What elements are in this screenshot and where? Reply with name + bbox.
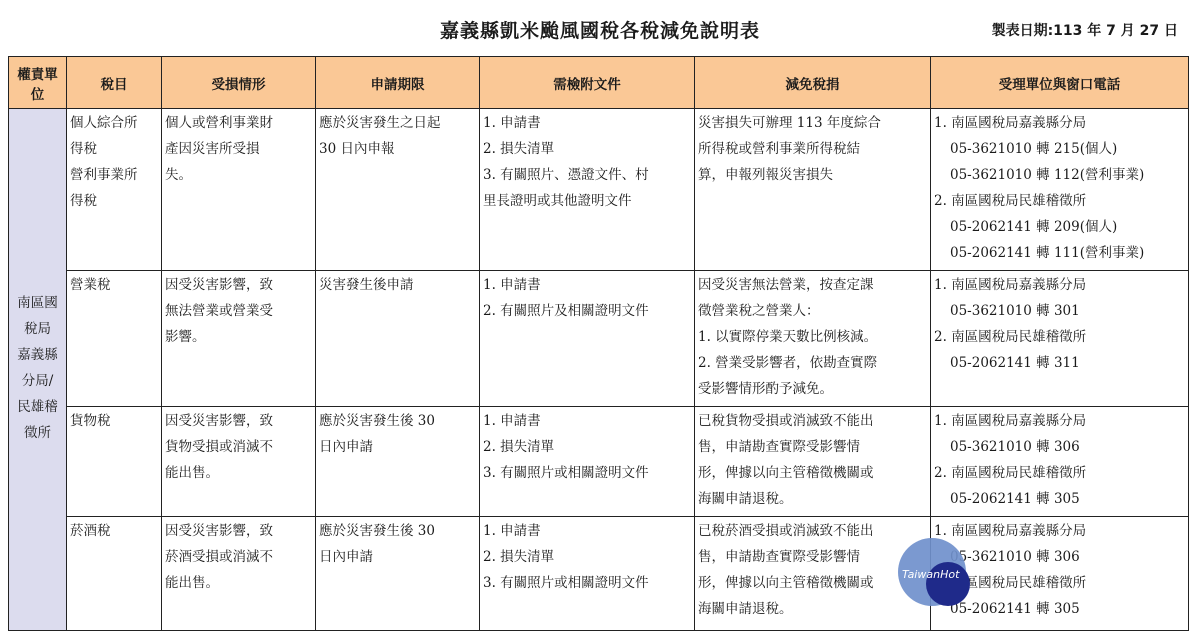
deadline-cell: 應於災害發生後 30 日內申請	[316, 517, 480, 631]
relief-line: 徵營業稅之營業人：	[698, 298, 927, 324]
relief-line: 海關申請退稅。	[698, 596, 927, 622]
damage-line: 無法營業或營業受	[165, 298, 312, 324]
relief-line: 因受災害無法營業，按查定課	[698, 272, 927, 298]
tax-item-cell: 個人綜合所 得稅 營利事業所 得稅	[67, 109, 162, 271]
deadline-line: 災害發生後申請	[319, 272, 476, 298]
document-line: 2. 損失清單	[483, 544, 691, 570]
tax-item-line: 得稅	[70, 188, 158, 214]
damage-line: 個人或營利事業財	[165, 110, 312, 136]
relief-line: 海關申請退稅。	[698, 486, 927, 512]
damage-line: 貨物受損或消滅不	[165, 434, 312, 460]
header-unit: 權責單位	[9, 57, 67, 109]
damage-line: 失。	[165, 162, 312, 188]
contacts-cell: 1. 南區國稅局嘉義縣分局 05-3621010 轉 301 2. 南區國稅局民…	[931, 271, 1189, 407]
damage-cell: 因受災害影響，致 無法營業或營業受 影響。	[162, 271, 316, 407]
documents-cell: 1. 申請書 2. 損失清單 3. 有關照片、憑證文件、村 里長證明或其他證明文…	[480, 109, 695, 271]
contact-phone: 05-2062141 轉 305	[934, 596, 1185, 622]
header-contacts: 受理單位與窗口電話	[931, 57, 1189, 109]
relief-cell: 已稅菸酒受損或消滅致不能出 售，申請勘查實際受影響情 形，俾據以向主管稽徵機關或…	[695, 517, 931, 631]
contact-office: 2. 南區國稅局民雄稽徵所	[934, 570, 1185, 596]
contact-phone: 05-2062141 轉 305	[934, 486, 1185, 512]
document-line: 3. 有關照片或相關證明文件	[483, 570, 691, 596]
document-line: 里長證明或其他證明文件	[483, 188, 691, 214]
relief-line: 形，俾據以向主管稽徵機關或	[698, 460, 927, 486]
document-line: 2. 有關照片及相關證明文件	[483, 298, 691, 324]
deadline-line: 應於災害發生後 30	[319, 408, 476, 434]
unit-line: 南區國	[12, 290, 63, 316]
relief-cell: 災害損失可辦理 113 年度綜合 所得稅或營利事業所得稅結 算，申報列報災害損失	[695, 109, 931, 271]
damage-line: 因受災害影響，致	[165, 408, 312, 434]
contact-office: 2. 南區國稅局民雄稽徵所	[934, 324, 1185, 350]
contact-phone: 05-2062141 轉 209(個人)	[934, 214, 1185, 240]
tax-item-line: 營利事業所	[70, 162, 158, 188]
damage-cell: 因受災害影響，致 菸酒受損或消滅不 能出售。	[162, 517, 316, 631]
contact-phone: 05-3621010 轉 306	[934, 544, 1185, 570]
contact-office: 1. 南區國稅局嘉義縣分局	[934, 408, 1185, 434]
relief-line: 形，俾據以向主管稽徵機關或	[698, 570, 927, 596]
damage-line: 菸酒受損或消滅不	[165, 544, 312, 570]
tax-item-line: 得稅	[70, 136, 158, 162]
creation-date: 製表日期:113 年 7 月 27 日	[992, 20, 1178, 40]
relief-line: 售，申請勘查實際受影響情	[698, 434, 927, 460]
header-tax-item: 稅目	[67, 57, 162, 109]
document-line: 1. 申請書	[483, 110, 691, 136]
damage-line: 產因災害所受損	[165, 136, 312, 162]
header-damage: 受損情形	[162, 57, 316, 109]
relief-cell: 已稅貨物受損或消滅致不能出 售，申請勘查實際受影響情 形，俾據以向主管稽徵機關或…	[695, 407, 931, 517]
deadline-line: 30 日內申報	[319, 136, 476, 162]
relief-line: 受影響情形酌予減免。	[698, 376, 927, 402]
contact-phone: 05-3621010 轉 112(營利事業)	[934, 162, 1185, 188]
responsible-unit-cell: 南區國 稅局 嘉義縣 分局/ 民雄稽 徵所	[9, 109, 67, 631]
contact-phone: 05-3621010 轉 306	[934, 434, 1185, 460]
contacts-cell: 1. 南區國稅局嘉義縣分局 05-3621010 轉 306 2. 南區國稅局民…	[931, 407, 1189, 517]
watermark-text: TaiwanHot	[902, 568, 959, 581]
contact-office: 2. 南區國稅局民雄稽徵所	[934, 460, 1185, 486]
document-line: 3. 有關照片或相關證明文件	[483, 460, 691, 486]
deadline-cell: 災害發生後申請	[316, 271, 480, 407]
deadline-cell: 應於災害發生後 30 日內申請	[316, 407, 480, 517]
damage-line: 影響。	[165, 324, 312, 350]
damage-line: 能出售。	[165, 570, 312, 596]
contact-office: 1. 南區國稅局嘉義縣分局	[934, 518, 1185, 544]
document-line: 2. 損失清單	[483, 434, 691, 460]
relief-line: 2. 營業受影響者，依勘查實際	[698, 350, 927, 376]
contact-phone: 05-3621010 轉 301	[934, 298, 1185, 324]
tax-item-cell: 營業稅	[67, 271, 162, 407]
document-line: 1. 申請書	[483, 518, 691, 544]
tax-item-line: 貨物稅	[70, 408, 158, 434]
tax-item-cell: 菸酒稅	[67, 517, 162, 631]
table-row: 南區國 稅局 嘉義縣 分局/ 民雄稽 徵所 個人綜合所 得稅 營利事業所 得稅 …	[9, 109, 1189, 271]
document-line: 2. 損失清單	[483, 136, 691, 162]
unit-line: 稅局	[12, 316, 63, 342]
document-line: 1. 申請書	[483, 272, 691, 298]
table-row: 菸酒稅 因受災害影響，致 菸酒受損或消滅不 能出售。 應於災害發生後 30 日內…	[9, 517, 1189, 631]
table-header-row: 權責單位 稅目 受損情形 申請期限 需檢附文件 減免稅捐 受理單位與窗口電話	[9, 57, 1189, 109]
contact-phone: 05-2062141 轉 111(營利事業)	[934, 240, 1185, 266]
deadline-line: 日內申請	[319, 434, 476, 460]
unit-line: 嘉義縣	[12, 342, 63, 368]
relief-line: 1. 以實際停業天數比例核減。	[698, 324, 927, 350]
unit-line: 徵所	[12, 420, 63, 446]
header-documents: 需檢附文件	[480, 57, 695, 109]
deadline-line: 應於災害發生後 30	[319, 518, 476, 544]
documents-cell: 1. 申請書 2. 損失清單 3. 有關照片或相關證明文件	[480, 517, 695, 631]
header-relief: 減免稅捐	[695, 57, 931, 109]
contact-phone: 05-2062141 轉 311	[934, 350, 1185, 376]
relief-line: 售，申請勘查實際受影響情	[698, 544, 927, 570]
relief-line: 算，申報列報災害損失	[698, 162, 927, 188]
documents-cell: 1. 申請書 2. 有關照片及相關證明文件	[480, 271, 695, 407]
deadline-line: 應於災害發生之日起	[319, 110, 476, 136]
tax-item-cell: 貨物稅	[67, 407, 162, 517]
damage-cell: 因受災害影響，致 貨物受損或消滅不 能出售。	[162, 407, 316, 517]
relief-line: 災害損失可辦理 113 年度綜合	[698, 110, 927, 136]
damage-cell: 個人或營利事業財 產因災害所受損 失。	[162, 109, 316, 271]
table-row: 貨物稅 因受災害影響，致 貨物受損或消滅不 能出售。 應於災害發生後 30 日內…	[9, 407, 1189, 517]
contact-office: 1. 南區國稅局嘉義縣分局	[934, 272, 1185, 298]
document-line: 3. 有關照片、憑證文件、村	[483, 162, 691, 188]
damage-line: 能出售。	[165, 460, 312, 486]
damage-line: 因受災害影響，致	[165, 272, 312, 298]
contact-office: 2. 南區國稅局民雄稽徵所	[934, 188, 1185, 214]
unit-line: 民雄稽	[12, 394, 63, 420]
tax-item-line: 菸酒稅	[70, 518, 158, 544]
header-deadline: 申請期限	[316, 57, 480, 109]
relief-cell: 因受災害無法營業，按查定課 徵營業稅之營業人： 1. 以實際停業天數比例核減。 …	[695, 271, 931, 407]
contact-phone: 05-3621010 轉 215(個人)	[934, 136, 1185, 162]
contacts-cell: 1. 南區國稅局嘉義縣分局 05-3621010 轉 215(個人) 05-36…	[931, 109, 1189, 271]
unit-line: 分局/	[12, 368, 63, 394]
contact-office: 1. 南區國稅局嘉義縣分局	[934, 110, 1185, 136]
taiwanhot-watermark-logo: TaiwanHot	[898, 538, 968, 608]
relief-line: 所得稅或營利事業所得稅結	[698, 136, 927, 162]
damage-line: 因受災害影響，致	[165, 518, 312, 544]
tax-relief-table: 權責單位 稅目 受損情形 申請期限 需檢附文件 減免稅捐 受理單位與窗口電話 南…	[8, 56, 1189, 631]
relief-line: 已稅菸酒受損或消滅致不能出	[698, 518, 927, 544]
document-line: 1. 申請書	[483, 408, 691, 434]
tax-item-line: 個人綜合所	[70, 110, 158, 136]
contacts-cell: 1. 南區國稅局嘉義縣分局 05-3621010 轉 306 2. 南區國稅局民…	[931, 517, 1189, 631]
table-row: 營業稅 因受災害影響，致 無法營業或營業受 影響。 災害發生後申請 1. 申請書…	[9, 271, 1189, 407]
tax-item-line: 營業稅	[70, 272, 158, 298]
relief-line: 已稅貨物受損或消滅致不能出	[698, 408, 927, 434]
documents-cell: 1. 申請書 2. 損失清單 3. 有關照片或相關證明文件	[480, 407, 695, 517]
deadline-line: 日內申請	[319, 544, 476, 570]
deadline-cell: 應於災害發生之日起 30 日內申報	[316, 109, 480, 271]
